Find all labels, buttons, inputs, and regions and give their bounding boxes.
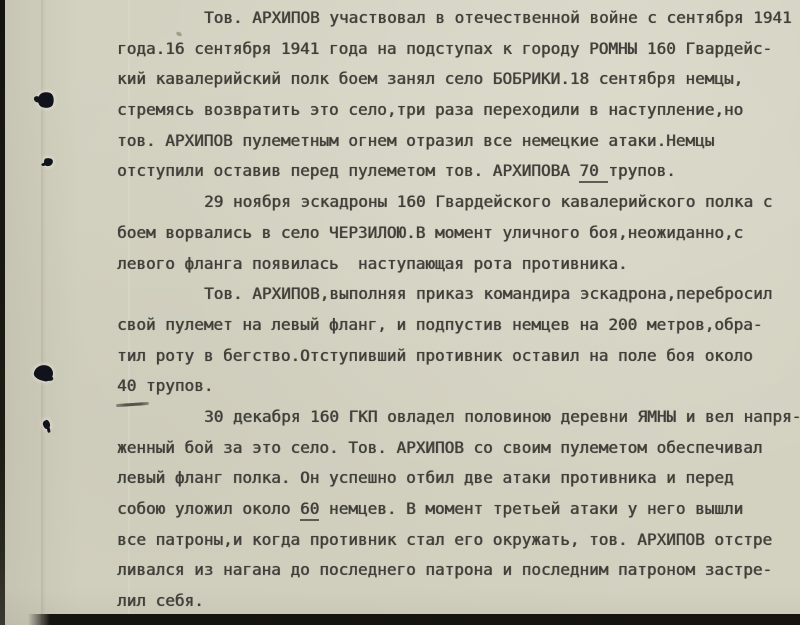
document-line: левого фланга появилась наступающая рота… [117, 249, 793, 280]
underlined-number: 70 [579, 161, 608, 183]
document-line: Тов. АРХИПОВ участвовал в отечественной … [117, 3, 793, 34]
text-segment: 29 ноября эскадроны 160 Гвардейского кав… [204, 192, 772, 211]
document-line: стремясь возвратить это село,три раза пе… [117, 95, 793, 126]
document-line: 40 трупов. [117, 371, 793, 402]
ink-blot [42, 419, 51, 429]
document-line: свой пулемет на левый фланг, и подпустив… [117, 310, 793, 341]
text-segment: тил роту в бегство.Отступивший противник… [117, 346, 753, 365]
document-line: все патроны,и когда противник стал его о… [117, 525, 793, 556]
text-segment: 40 трупов. [117, 376, 213, 395]
document-line: тил роту в бегство.Отступивший противник… [117, 341, 793, 372]
ink-blot [43, 157, 53, 166]
scan-edge-bottom [28, 614, 800, 625]
text-segment: боем ворвались в село ЧЕРЗИЛОЮ.В момент … [117, 223, 743, 242]
text-segment: Тов. АРХИПОВ участвовал в отечественной … [204, 8, 792, 27]
text-segment: немцев. В момент третьей атаки у него вы… [319, 499, 743, 518]
document-line: кий кавалерийский полк боем занял село Б… [117, 64, 793, 95]
document-line: тов. АРХИПОВ пулеметным огнем отразил вс… [117, 126, 793, 157]
document-line: левый фланг полка. Он успешно отбил две … [117, 463, 793, 494]
ink-blot [33, 364, 54, 382]
text-segment: левого фланга появилась наступающая рота… [117, 254, 628, 273]
text-segment: отступили оставив перед пулеметом тов. А… [117, 161, 579, 180]
text-segment: ливался из нагана до последнего патрона … [117, 560, 772, 579]
text-segment: года.16 сентября 1941 года на подступах … [117, 39, 772, 58]
text-segment: стремясь возвратить это село,три раза пе… [117, 100, 743, 119]
text-segment: кий кавалерийский полк боем занял село Б… [117, 69, 743, 88]
document-line: боем ворвались в село ЧЕРЗИЛОЮ.В момент … [117, 218, 793, 249]
document-line: женный бой за это село. Тов. АРХИПОВ со … [117, 433, 793, 464]
document-line: лил себя. [117, 586, 793, 617]
document-line: Тов. АРХИПОВ,выполняя приказ командира э… [117, 279, 793, 310]
document-line: 29 ноября эскадроны 160 Гвардейского кав… [117, 187, 793, 218]
scan-edge-left [0, 0, 5, 625]
document-line: года.16 сентября 1941 года на подступах … [117, 34, 793, 65]
ink-blot [36, 90, 56, 110]
text-segment: свой пулемет на левый фланг, и подпустив… [117, 315, 762, 334]
document-line: отступили оставив перед пулеметом тов. А… [117, 156, 793, 187]
text-segment: лил себя. [117, 591, 204, 610]
document-line: собою уложил около 60 немцев. В момент т… [117, 494, 793, 525]
document-line: ливался из нагана до последнего патрона … [117, 555, 793, 586]
document-line: 30 декабря 160 ГКП овладел половиною дер… [117, 402, 793, 433]
text-segment: женный бой за это село. Тов. АРХИПОВ со … [117, 438, 762, 457]
text-segment: тов. АРХИПОВ пулеметным огнем отразил вс… [117, 131, 714, 150]
text-segment: левый фланг полка. Он успешно отбил две … [117, 468, 734, 487]
text-segment: трупов. [608, 161, 675, 180]
scanned-document-page: Тов. АРХИПОВ участвовал в отечественной … [0, 0, 800, 625]
text-segment: 30 декабря 160 ГКП овладел половиною дер… [204, 407, 800, 426]
text-segment: все патроны,и когда противник стал его о… [117, 530, 772, 549]
underlined-number: 60 [300, 499, 319, 521]
text-segment: собою уложил около [117, 499, 300, 518]
typewritten-text-block: Тов. АРХИПОВ участвовал в отечественной … [117, 3, 793, 617]
text-segment: Тов. АРХИПОВ,выполняя приказ командира э… [204, 284, 772, 303]
